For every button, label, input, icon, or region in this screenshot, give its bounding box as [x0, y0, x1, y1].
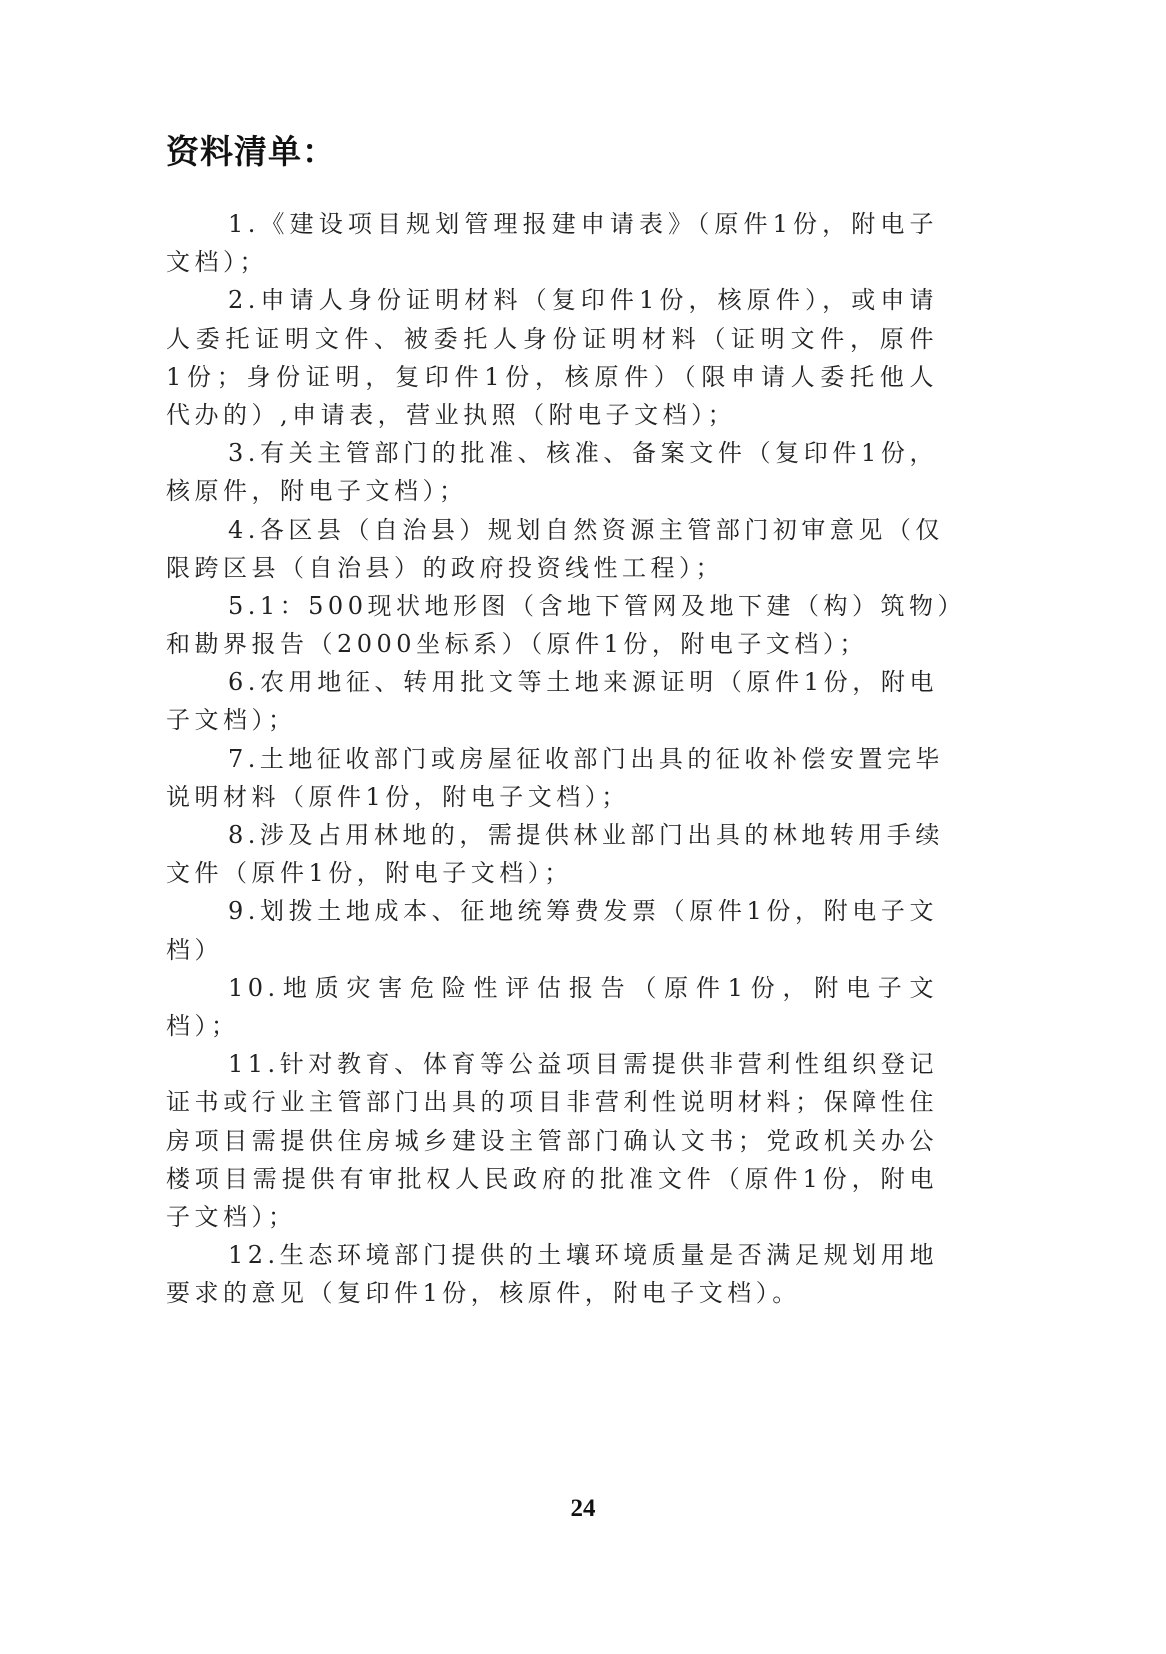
text-line: 核原件，附电子文档）； — [166, 472, 938, 510]
text-line: 7.土地征收部门或房屋征收部门出具的征收补偿安置完毕 — [166, 740, 938, 778]
text-line: 4.各区县（自治县）规划自然资源主管部门初审意见（仅 — [166, 511, 938, 549]
text-line: 和勘界报告（2000坐标系）（原件1份，附电子文档）； — [166, 625, 938, 663]
text-line: 3.有关主管部门的批准、核准、备案文件（复印件1份， — [166, 434, 938, 472]
text-line: 限跨区县（自治县）的政府投资线性工程）； — [166, 549, 938, 587]
text-line: 8.涉及占用林地的，需提供林业部门出具的林地转用手续 — [166, 816, 938, 854]
document-page: 资料清单： 1.《建设项目规划管理报建申请表》（原件1份，附电子文档）；2.申请… — [0, 0, 1166, 1654]
text-line: 文件（原件1份，附电子文档）； — [166, 854, 938, 892]
text-line: 代办的）,申请表，营业执照（附电子文档）； — [166, 396, 938, 434]
text-line: 房项目需提供住房城乡建设主管部门确认文书；党政机关办公 — [166, 1122, 938, 1160]
text-line: 楼项目需提供有审批权人民政府的批准文件（原件1份，附电 — [166, 1160, 938, 1198]
text-line: 9.划拨土地成本、征地统筹费发票（原件1份，附电子文 — [166, 892, 938, 930]
text-line: 6.农用地征、转用批文等土地来源证明（原件1份，附电 — [166, 663, 938, 701]
text-line: 要求的意见（复印件1份，核原件，附电子文档）。 — [166, 1274, 938, 1312]
text-line: 档） — [166, 931, 938, 969]
text-line: 说明材料（原件1份，附电子文档）； — [166, 778, 938, 816]
document-title: 资料清单： — [166, 126, 336, 173]
page-number: 24 — [0, 1495, 1166, 1523]
text-line: 1份；身份证明，复印件1份，核原件）（限申请人委托他人 — [166, 358, 938, 396]
material-list: 1.《建设项目规划管理报建申请表》（原件1份，附电子文档）；2.申请人身份证明材… — [166, 205, 938, 1312]
text-line: 1.《建设项目规划管理报建申请表》（原件1份，附电子 — [166, 205, 938, 243]
text-line: 文档）； — [166, 243, 938, 281]
text-line: 11.针对教育、体育等公益项目需提供非营利性组织登记 — [166, 1045, 938, 1083]
text-line: 子文档）； — [166, 701, 938, 739]
text-line: 证书或行业主管部门出具的项目非营利性说明材料；保障性住 — [166, 1083, 938, 1121]
text-line: 人委托证明文件、被委托人身份证明材料（证明文件，原件 — [166, 320, 938, 358]
text-line: 12.生态环境部门提供的土壤环境质量是否满足规划用地 — [166, 1236, 938, 1274]
text-line: 10.地质灾害危险性评估报告（原件1份，附电子文 — [166, 969, 938, 1007]
text-line: 2.申请人身份证明材料（复印件1份，核原件），或申请 — [166, 281, 938, 319]
text-line: 5.1：500现状地形图（含地下管网及地下建（构）筑物） — [166, 587, 938, 625]
text-line: 档）； — [166, 1007, 938, 1045]
text-line: 子文档）； — [166, 1198, 938, 1236]
